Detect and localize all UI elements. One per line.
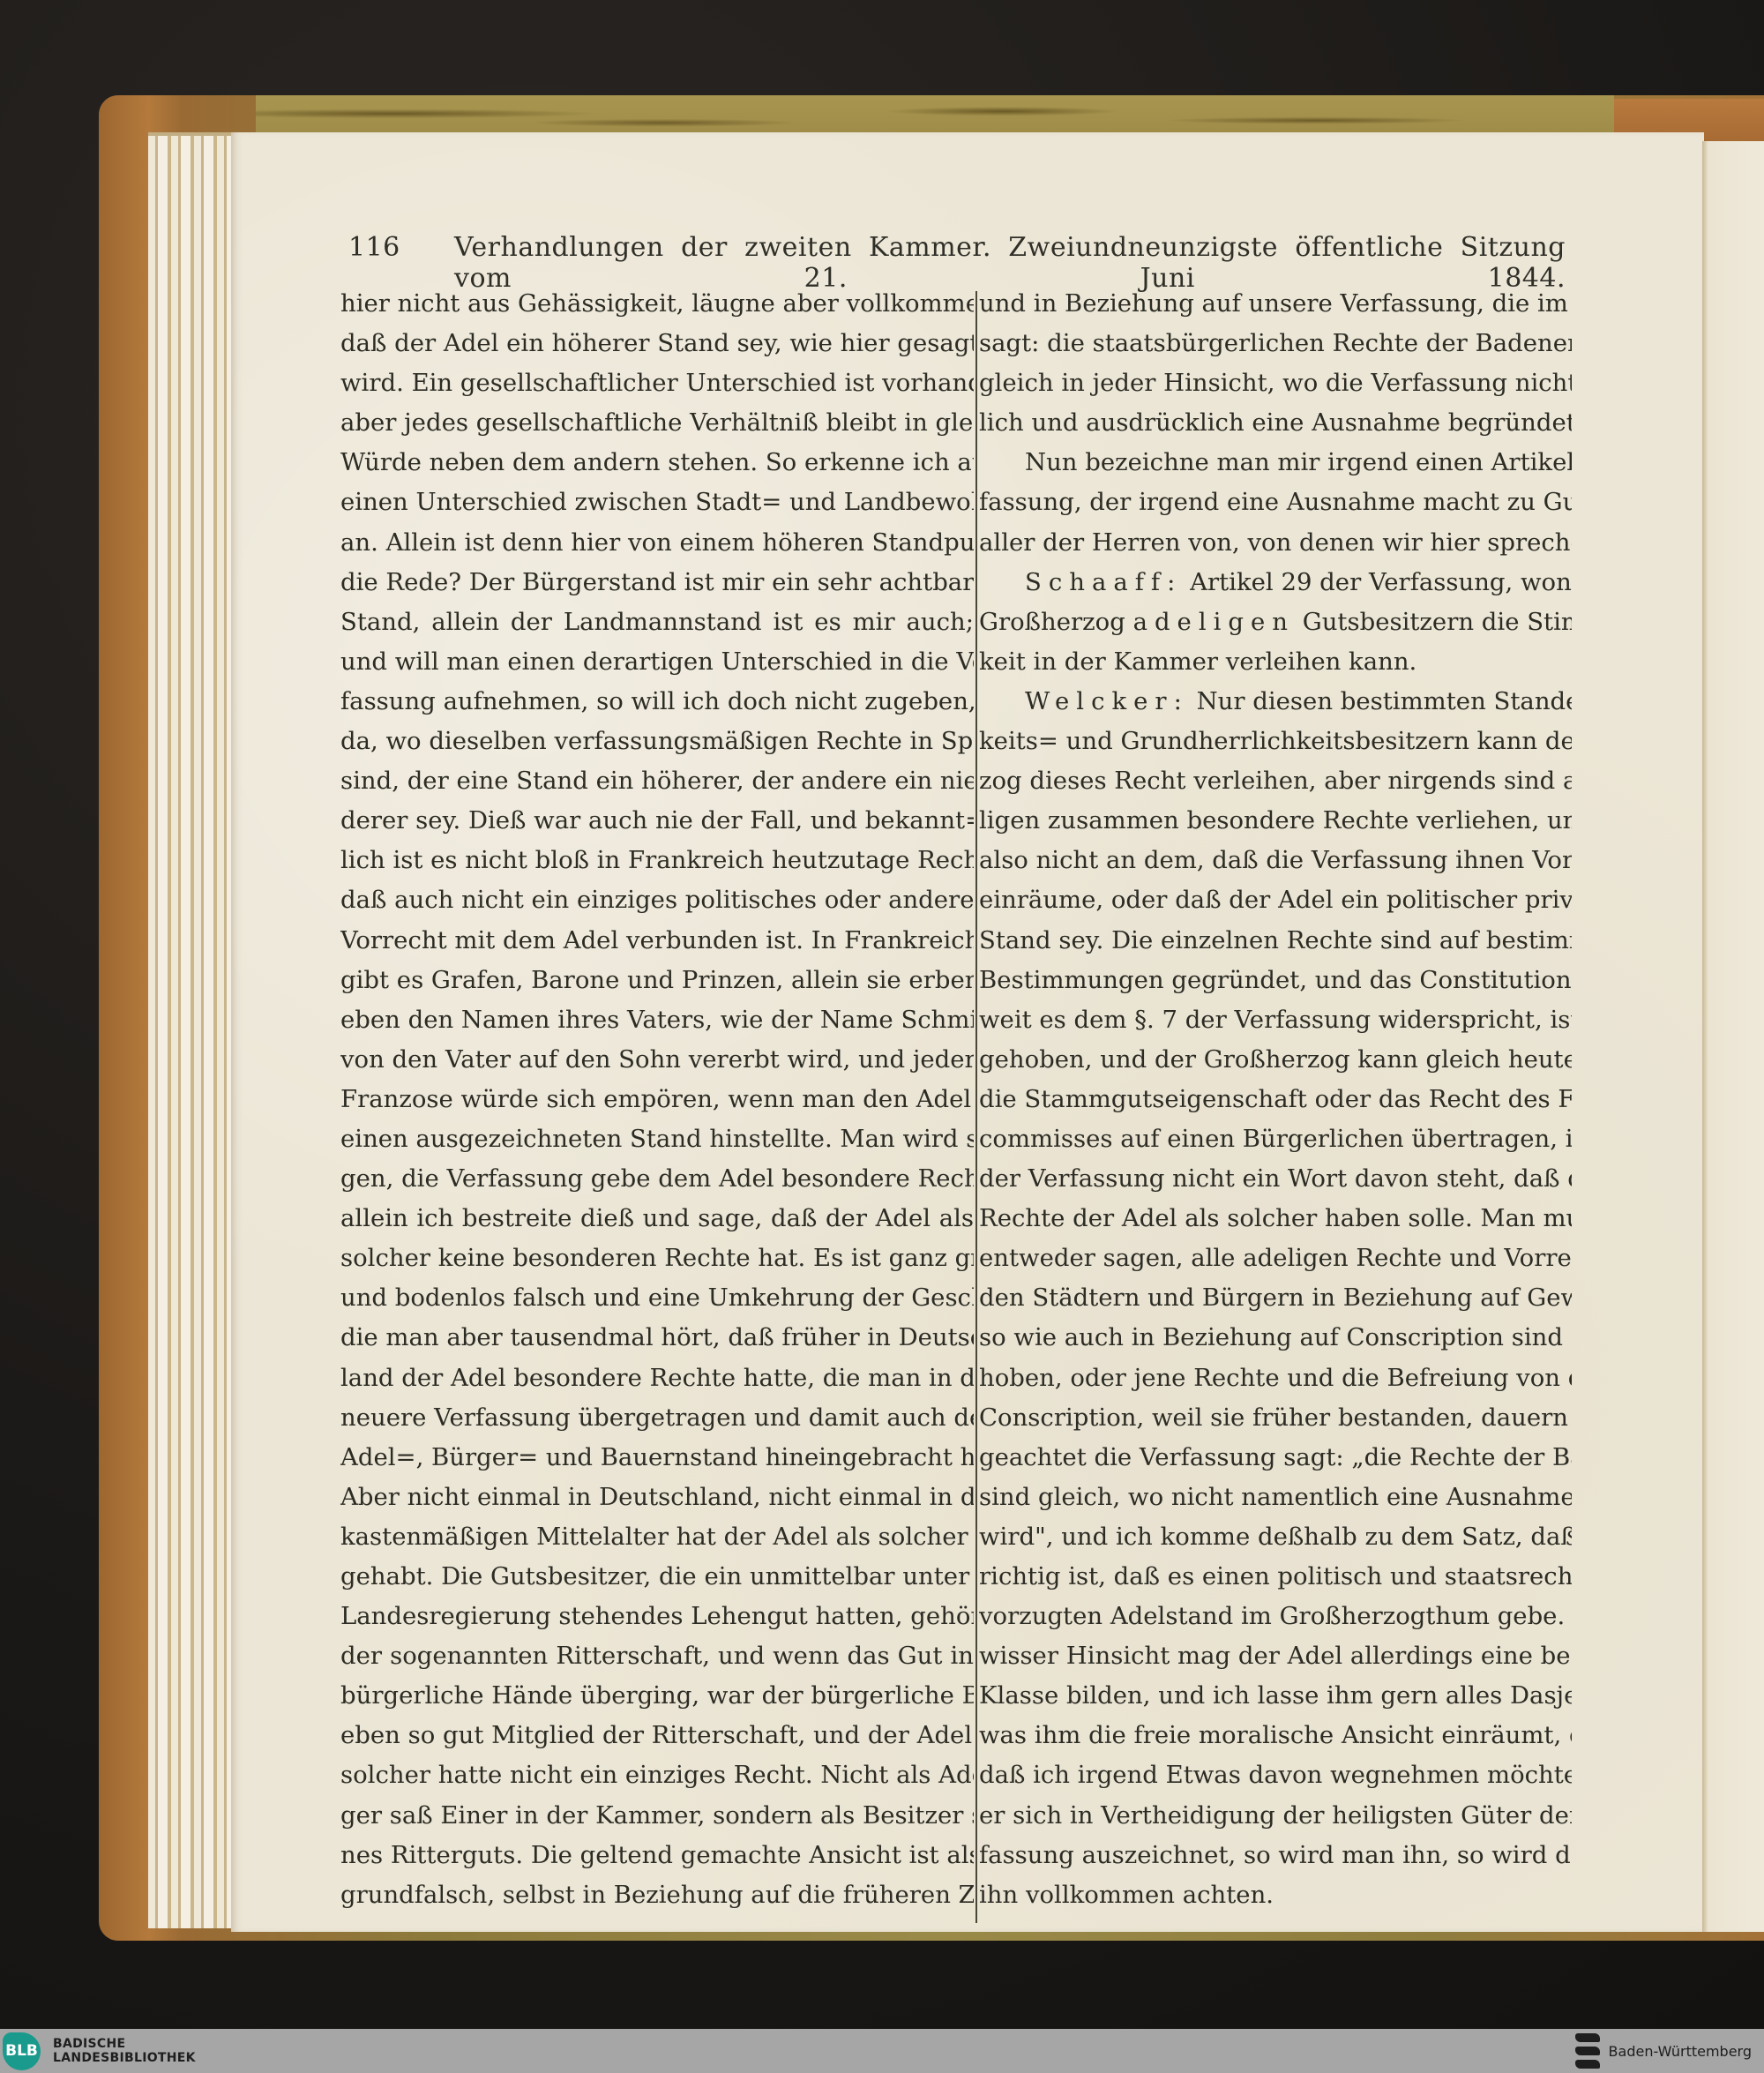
- line-text: und in Beziehung auf unsere Verfassung, …: [979, 289, 1572, 318]
- line-text: gleich in jeder Hinsicht, wo die Verfass…: [979, 369, 1572, 397]
- facing-page-edge: [1702, 141, 1764, 1932]
- blb-branding[interactable]: BLB BADISCHE LANDESBIBLIOTHEK: [3, 2032, 196, 2070]
- text-line: Vorrecht mit dem Adel verbunden ist. In …: [340, 921, 974, 961]
- text-line: bürgerliche Hände überging, war der bürg…: [340, 1676, 974, 1716]
- text-line: einräume, oder daß der Adel ein politisc…: [979, 880, 1572, 920]
- line-text: daß ich irgend Etwas davon wegnehmen möc…: [979, 1761, 1572, 1789]
- line-text: sagt: die staatsbürgerlichen Rechte der …: [979, 329, 1572, 357]
- text-line: zog dieses Recht verleihen, aber nirgend…: [979, 761, 1572, 801]
- text-line: und bodenlos falsch und eine Umkehrung d…: [340, 1278, 974, 1318]
- line-text: also nicht an dem, daß die Verfassung ih…: [979, 846, 1572, 874]
- text-line: ger saß Einer in der Kammer, sondern als…: [340, 1796, 974, 1836]
- line-text: Stand sey. Die einzelnen Rechte sind auf…: [979, 926, 1572, 954]
- text-line: lich ist es nicht bloß in Frankreich heu…: [340, 841, 974, 880]
- line-text: Klasse bilden, und ich lasse ihm gern al…: [979, 1681, 1572, 1710]
- text-line: richtig ist, daß es einen politisch und …: [979, 1557, 1572, 1597]
- right-text-column: und in Beziehung auf unsere Verfassung, …: [979, 284, 1572, 1915]
- line-text: keit in der Kammer verleihen kann.: [979, 647, 1416, 676]
- blb-logo-icon: BLB: [3, 2032, 41, 2070]
- line-text: einräume, oder daß der Adel ein politisc…: [979, 886, 1572, 914]
- text-line: Landesregierung stehendes Lehengut hatte…: [340, 1597, 974, 1636]
- text-line: da, wo dieselben verfassungsmäßigen Rech…: [340, 722, 974, 761]
- text-line: geachtet die Verfassung sagt: „die Recht…: [979, 1438, 1572, 1478]
- line-text: wird", und ich komme deßhalb zu dem Satz…: [979, 1523, 1572, 1551]
- text-line: Franzose würde sich empören, wenn man de…: [340, 1080, 974, 1119]
- text-line: daß der Adel ein höherer Stand sey, wie …: [340, 324, 974, 363]
- text-line: daß auch nicht ein einziges politisches …: [340, 880, 974, 920]
- text-line: weit es dem §. 7 der Verfassung widerspr…: [979, 1000, 1572, 1040]
- line-text: Bestimmungen gegründet, und das Constitu…: [979, 966, 1572, 994]
- text-line: lich und ausdrücklich eine Ausnahme begr…: [979, 403, 1572, 443]
- text-line: wird", und ich komme deßhalb zu dem Satz…: [979, 1517, 1572, 1557]
- text-line: commisses auf einen Bürgerlichen übertra…: [979, 1119, 1572, 1159]
- text-line: land der Adel besondere Rechte hatte, di…: [340, 1358, 974, 1398]
- speaker-name: Schaaff:: [1025, 568, 1182, 596]
- text-line: er sich in Vertheidigung der heiligsten …: [979, 1796, 1572, 1836]
- text-line: ihn vollkommen achten.: [979, 1875, 1572, 1915]
- text-line: fassung, der irgend eine Ausnahme macht …: [979, 483, 1572, 522]
- text-line: kastenmäßigen Mittelalter hat der Adel a…: [340, 1517, 974, 1557]
- text-line: sind, der eine Stand ein höherer, der an…: [340, 761, 974, 801]
- text-line: einen ausgezeichneten Stand hinstellte. …: [340, 1119, 974, 1159]
- text-line: Stand sey. Die einzelnen Rechte sind auf…: [979, 921, 1572, 961]
- line-text: die Stammgutseigenschaft oder das Recht …: [979, 1085, 1572, 1113]
- line-text: sind gleich, wo nicht namentlich eine Au…: [979, 1483, 1572, 1511]
- text-line: daß ich irgend Etwas davon wegnehmen möc…: [979, 1755, 1572, 1795]
- text-line: aber jedes gesellschaftliche Verhältniß …: [340, 403, 974, 443]
- line-text: geachtet die Verfassung sagt: „die Recht…: [979, 1443, 1572, 1471]
- text-line: die Stammgutseigenschaft oder das Recht …: [979, 1080, 1572, 1119]
- line-text: ihn vollkommen achten.: [979, 1881, 1274, 1909]
- text-line: gehoben, und der Großherzog kann gleich …: [979, 1040, 1572, 1080]
- text-line: Klasse bilden, und ich lasse ihm gern al…: [979, 1676, 1572, 1716]
- bw-org-name: Baden-Württemberg: [1609, 2043, 1752, 2060]
- line-text: fassung auszeichnet, so wird man ihn, so…: [979, 1841, 1572, 1869]
- line-text: Nur diesen bestimmten Standesherrlich=: [1197, 687, 1572, 715]
- speaker-line: Welcker: Nur diesen bestimmten Standeshe…: [979, 682, 1572, 722]
- text-line: und in Beziehung auf unsere Verfassung, …: [979, 284, 1572, 324]
- blb-org-line2: LANDESBIBLIOTHEK: [53, 2051, 196, 2065]
- line-text: richtig ist, daß es einen politisch und …: [979, 1562, 1572, 1590]
- text-line: Würde neben dem andern stehen. So erkenn…: [340, 443, 974, 483]
- line-text: Artikel 29 der Verfassung, wonach der: [1190, 568, 1572, 596]
- blb-org-name: BADISCHE LANDESBIBLIOTHEK: [53, 2037, 196, 2065]
- text-line: Aber nicht einmal in Deutschland, nicht …: [340, 1478, 974, 1517]
- left-text-column: hier nicht aus Gehässigkeit, läugne aber…: [340, 284, 974, 1915]
- text-line: der Verfassung nicht ein Wort davon steh…: [979, 1159, 1572, 1199]
- text-line: fassung auszeichnet, so wird man ihn, so…: [979, 1836, 1572, 1875]
- text-line: Stand, allein der Landmannstand ist es m…: [340, 602, 974, 642]
- line-text: Conscription, weil sie früher bestanden,…: [979, 1403, 1572, 1432]
- text-line: also nicht an dem, daß die Verfassung ih…: [979, 841, 1572, 880]
- line-text: fassung, der irgend eine Ausnahme macht …: [979, 488, 1572, 516]
- text-line: gehabt. Die Gutsbesitzer, die ein unmitt…: [340, 1557, 974, 1597]
- line-text: er sich in Vertheidigung der heiligsten …: [979, 1801, 1572, 1830]
- text-line: fassung aufnehmen, so will ich doch nich…: [340, 682, 974, 722]
- text-line: an. Allein ist denn hier von einem höher…: [340, 523, 974, 563]
- line-text: keits= und Grundherrlichkeitsbesitzern k…: [979, 727, 1572, 755]
- text-line: hoben, oder jene Rechte und die Befreiun…: [979, 1358, 1572, 1398]
- text-line: ligen zusammen besondere Rechte verliehe…: [979, 801, 1572, 841]
- speaker-name: Welcker:: [1025, 687, 1189, 715]
- text-line: entweder sagen, alle adeligen Rechte und…: [979, 1239, 1572, 1278]
- text-line: der sogenannten Ritterschaft, und wenn d…: [340, 1636, 974, 1676]
- line-text: so wie auch in Beziehung auf Conscriptio…: [979, 1323, 1572, 1351]
- text-line: solcher keine besonderen Rechte hat. Es …: [340, 1239, 974, 1278]
- text-line: solcher hatte nicht ein einziges Recht. …: [340, 1755, 974, 1795]
- text-line: keit in der Kammer verleihen kann.: [979, 642, 1572, 682]
- text-line: einen Unterschied zwischen Stadt= und La…: [340, 483, 974, 522]
- text-line: gen, die Verfassung gebe dem Adel besond…: [340, 1159, 974, 1199]
- line-text: der Verfassung nicht ein Wort davon steh…: [979, 1164, 1572, 1193]
- page-number: 116: [348, 232, 454, 263]
- three-lions-coat-of-arms-icon: [1575, 2033, 1600, 2069]
- text-line: vorzugten Adelstand im Großherzogthum ge…: [979, 1597, 1572, 1636]
- text-line: und will man einen derartigen Unterschie…: [340, 642, 974, 682]
- text-line: den Städtern und Bürgern in Beziehung au…: [979, 1278, 1572, 1318]
- text-line: die Rede? Der Bürgerstand ist mir ein se…: [340, 563, 974, 602]
- text-line: die man aber tausendmal hört, daß früher…: [340, 1318, 974, 1358]
- line-text: vorzugten Adelstand im Großherzogthum ge…: [979, 1602, 1572, 1630]
- text-line: so wie auch in Beziehung auf Conscriptio…: [979, 1318, 1572, 1358]
- emphasized-word: adeligen: [1133, 608, 1295, 636]
- line-text: Nun bezeichne man mir irgend einen Artik…: [1025, 448, 1572, 476]
- text-line: Adel=, Bürger= und Bauernstand hineingeb…: [340, 1438, 974, 1478]
- text-line: hier nicht aus Gehässigkeit, läugne aber…: [340, 284, 974, 324]
- line-text: lich und ausdrücklich eine Ausnahme begr…: [979, 408, 1572, 437]
- text-line: nes Ritterguts. Die geltend gemachte Ans…: [340, 1836, 974, 1875]
- text-line: wisser Hinsicht mag der Adel allerdings …: [979, 1636, 1572, 1676]
- line-text: wisser Hinsicht mag der Adel allerdings …: [979, 1642, 1572, 1670]
- speaker-line: Schaaff: Artikel 29 der Verfassung, wona…: [979, 563, 1572, 602]
- line-text: Rechte der Adel als solcher haben solle.…: [979, 1204, 1572, 1232]
- line-text: gehoben, und der Großherzog kann gleich …: [979, 1045, 1572, 1074]
- line-text: aller der Herren von, von denen wir hier…: [979, 528, 1572, 557]
- text-line: Bestimmungen gegründet, und das Constitu…: [979, 961, 1572, 1000]
- text-line: grundfalsch, selbst in Beziehung auf die…: [340, 1875, 974, 1915]
- page-edges-stack: [148, 132, 236, 1928]
- text-line: neuere Verfassung übergetragen und damit…: [340, 1398, 974, 1438]
- text-line: Nun bezeichne man mir irgend einen Artik…: [979, 443, 1572, 483]
- line-text: hoben, oder jene Rechte und die Befreiun…: [979, 1364, 1572, 1392]
- bw-branding[interactable]: Baden-Württemberg: [1575, 2033, 1752, 2069]
- line-text: commisses auf einen Bürgerlichen übertra…: [979, 1125, 1572, 1153]
- text-line: gibt es Grafen, Barone und Prinzen, alle…: [340, 961, 974, 1000]
- text-line: derer sey. Dieß war auch nie der Fall, u…: [340, 801, 974, 841]
- text-line: eben den Namen ihres Vaters, wie der Nam…: [340, 1000, 974, 1040]
- line-text: entweder sagen, alle adeligen Rechte und…: [979, 1244, 1572, 1272]
- line-text: zog dieses Recht verleihen, aber nirgend…: [979, 767, 1572, 795]
- text-line: gleich in jeder Hinsicht, wo die Verfass…: [979, 363, 1572, 403]
- text-line: keits= und Grundherrlichkeitsbesitzern k…: [979, 722, 1572, 761]
- text-line: Großherzog adeligen Gutsbesitzern die St…: [979, 602, 1572, 642]
- text-line: eben so gut Mitglied der Ritterschaft, u…: [340, 1716, 974, 1755]
- line-text: weit es dem §. 7 der Verfassung widerspr…: [979, 1006, 1572, 1034]
- text-line: Rechte der Adel als solcher haben solle.…: [979, 1199, 1572, 1239]
- text-line: Conscription, weil sie früher bestanden,…: [979, 1398, 1572, 1438]
- footer-bar: BLB BADISCHE LANDESBIBLIOTHEK Baden-Würt…: [0, 2029, 1764, 2073]
- blb-org-line1: BADISCHE: [53, 2037, 196, 2051]
- text-line: aller der Herren von, von denen wir hier…: [979, 523, 1572, 563]
- text-line: sagt: die staatsbürgerlichen Rechte der …: [979, 324, 1572, 363]
- line-text: ligen zusammen besondere Rechte verliehe…: [979, 806, 1572, 834]
- text-line: allein ich bestreite dieß und sage, daß …: [340, 1199, 974, 1239]
- column-divider: [975, 291, 977, 1923]
- text-line: wird. Ein gesellschaftlicher Unterschied…: [340, 363, 974, 403]
- line-text: den Städtern und Bürgern in Beziehung au…: [979, 1283, 1572, 1312]
- text-line: von den Vater auf den Sohn vererbt wird,…: [340, 1040, 974, 1080]
- line-text: was ihm die freie moralische Ansicht ein…: [979, 1721, 1572, 1749]
- text-line: sind gleich, wo nicht namentlich eine Au…: [979, 1478, 1572, 1517]
- text-line: was ihm die freie moralische Ansicht ein…: [979, 1716, 1572, 1755]
